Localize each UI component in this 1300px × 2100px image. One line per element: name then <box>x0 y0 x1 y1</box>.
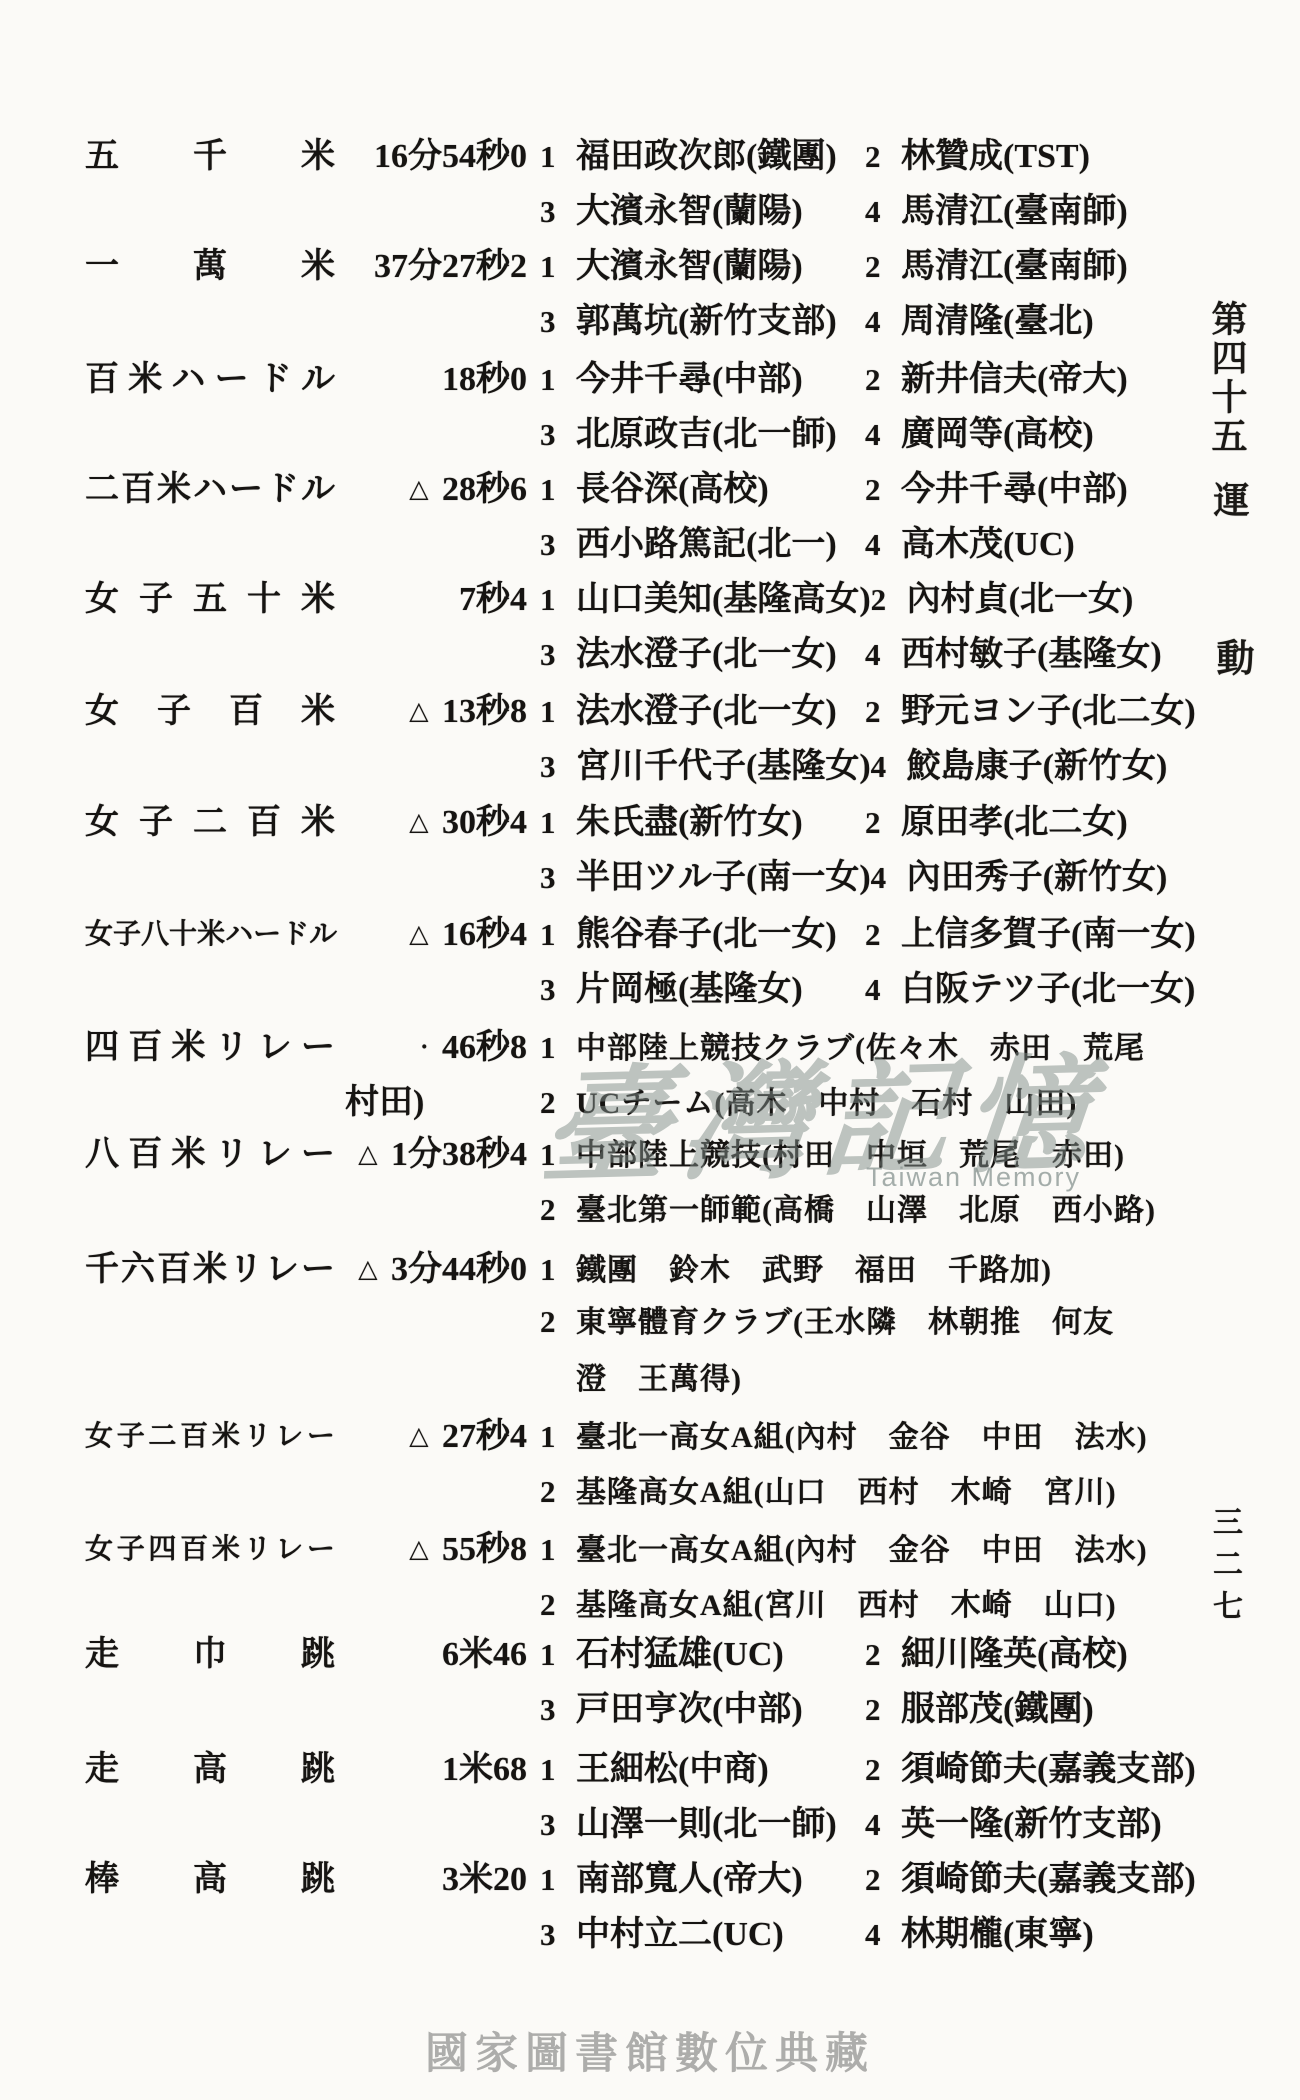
record-time: 37分27秒2 <box>374 248 527 285</box>
rank-number: 2 <box>865 1859 901 1901</box>
event-name-char: ー <box>307 1416 335 1458</box>
event-name-char: 米 <box>301 136 335 178</box>
event-row: 女子二百米 △ 30秒4 1朱氏盡(新竹女)2原田孝(北二女)3半田ツル子(南一… <box>0 802 1300 803</box>
event-record: 6米46 <box>345 1634 527 1679</box>
event-name-char: ー <box>301 1249 335 1291</box>
event-name-char: ド <box>281 914 309 956</box>
result-line: 3大濱永智(蘭陽)4馬清江(臺南師) <box>540 191 1128 233</box>
rank-number: 4 <box>865 634 901 676</box>
record-time: 13秒8 <box>442 693 527 730</box>
event-record: △ 28秒6 <box>345 469 527 514</box>
result-name: 法水澄子(北一女) <box>576 691 865 733</box>
event-name-char: 百 <box>128 1027 162 1069</box>
rank-number: 1 <box>540 359 576 401</box>
event-name-char: リ <box>215 1134 249 1176</box>
result-name: 熊谷春子(北一女) <box>576 914 865 956</box>
rank-number: 1 <box>540 469 576 511</box>
rank-number: 1 <box>540 136 576 178</box>
result-name: 石村猛雄(UC) <box>576 1634 865 1676</box>
rank-number: 2 <box>540 1471 576 1513</box>
result-name: 林期櫳(東寧) <box>901 1914 1094 1956</box>
event-name-char: 十 <box>169 914 197 956</box>
library-archive-watermark: 國家圖書館數位典藏 <box>0 2020 1300 2081</box>
result-line: 1王細松(中商)2須崎節夫(嘉義支部) <box>540 1749 1196 1791</box>
record-time: 1米68 <box>442 1751 527 1788</box>
rank-number: 2 <box>865 359 901 401</box>
event-name-char: リ <box>229 1249 263 1291</box>
result-name: 大濱永智(蘭陽) <box>576 246 865 288</box>
record-time: 28秒6 <box>442 471 527 508</box>
event-name-char: 二 <box>193 802 227 844</box>
event-name-char: ー <box>215 359 249 401</box>
event-record: 16分54秒0 <box>345 136 527 181</box>
result-line: 村田)2UCチーム(高木 中村 石村 山田) <box>345 1082 1077 1125</box>
result-name: 臺北第一師範(高橋 山澤 北原 西小路) <box>576 1190 1156 1232</box>
result-line: 1熊谷春子(北一女)2上信多賀子(南一女) <box>540 914 1196 956</box>
result-line: 3山澤一則(北一師)4英一隆(新竹支部) <box>540 1804 1162 1846</box>
rank-number: 3 <box>540 969 576 1011</box>
event-name-char: リ <box>244 1416 272 1458</box>
record-time: 27秒4 <box>442 1418 527 1455</box>
event-record: △ 13秒8 <box>345 691 527 736</box>
rank-number: 3 <box>540 634 576 676</box>
result-line: 2基隆高女A組(宮川 西村 木崎 山口) <box>540 1584 1117 1627</box>
result-line: 1中部陸上競技クラブ(佐々木 赤田 荒尾 <box>540 1027 1145 1070</box>
event-name-char: 十 <box>247 579 281 621</box>
event-row: 二百米ハードル △ 28秒6 1長谷深(高校)2今井千尋(中部)3西小路篤記(北… <box>0 469 1300 470</box>
event-name: 棒高跳 <box>85 1859 335 1901</box>
result-line: 1朱氏盡(新竹女)2原田孝(北二女) <box>540 802 1128 844</box>
event-record: △ 27秒4 <box>345 1416 527 1461</box>
event-name: 女子二百米 <box>85 802 335 844</box>
rank-number: 2 <box>865 246 901 288</box>
result-line: 1鐵團 鈴木 武野 福田 千路加) <box>540 1249 1052 1292</box>
event-name: 女子八十米ハードル <box>85 914 335 956</box>
event-row: 女子五十米 7秒4 1山口美知(基隆高女)2內村貞(北一女)3法水澄子(北一女)… <box>0 579 1300 580</box>
event-record: △ 30秒4 <box>345 802 527 847</box>
result-name: 基隆高女A組(山口 西村 木崎 宮川) <box>576 1472 1117 1514</box>
rank-number: 1 <box>540 914 576 956</box>
result-line: 2基隆高女A組(山口 西村 木崎 宮川) <box>540 1471 1117 1514</box>
event-name-char: 百 <box>121 469 155 511</box>
record-mark: △ <box>409 809 428 836</box>
result-name: 野元ヨン子(北二女) <box>901 691 1196 733</box>
event-name-char: 百 <box>85 359 119 401</box>
event-name-char: 女 <box>85 1416 113 1458</box>
event-name-char: 子 <box>117 1529 145 1571</box>
continuation-prefix: 村田) <box>345 1082 540 1124</box>
event-name-char: 走 <box>85 1634 119 1676</box>
result-name: 大濱永智(蘭陽) <box>576 191 865 233</box>
record-mark: △ <box>358 1141 377 1168</box>
rank-number: 4 <box>871 857 907 899</box>
rank-number: 3 <box>540 1689 576 1731</box>
event-name-char: 米 <box>301 691 335 733</box>
event-name-char: 女 <box>85 579 119 621</box>
rank-number: 3 <box>540 301 576 343</box>
record-time: 16分54秒0 <box>374 138 527 175</box>
result-name: 須崎節夫(嘉義支部) <box>901 1859 1196 1901</box>
event-name-char: 米 <box>301 579 335 621</box>
rank-number: 4 <box>865 191 901 233</box>
event-name-char: 女 <box>85 802 119 844</box>
event-name-char: ハ <box>171 359 205 401</box>
rank-number: 1 <box>540 1529 576 1571</box>
result-name: 臺北一高女A組(內村 金谷 中田 法水) <box>576 1417 1148 1459</box>
result-name: 片岡極(基隆女) <box>576 969 865 1011</box>
event-name-char: ル <box>301 359 335 401</box>
event-name-char: ル <box>309 914 337 956</box>
event-name-char: 米 <box>212 1416 240 1458</box>
event-name-char: 巾 <box>193 1634 227 1676</box>
record-time: 30秒4 <box>442 804 527 841</box>
result-line: 2東寧體育クラブ(王水隣 林朝推 何友 <box>540 1301 1114 1344</box>
event-name-char: 米 <box>193 1249 227 1291</box>
result-name: 基隆高女A組(宮川 西村 木崎 山口) <box>576 1585 1117 1627</box>
result-name: 戸田亨次(中部) <box>576 1689 865 1731</box>
result-name: 原田孝(北二女) <box>901 802 1128 844</box>
record-time: 55秒8 <box>442 1531 527 1568</box>
event-name-char: 一 <box>85 246 119 288</box>
scanned-document-page: 五千米 16分54秒0 1福田政次郎(鐵團)2林贊成(TST)3大濱永智(蘭陽)… <box>0 0 1300 2100</box>
record-mark: △ <box>409 921 428 948</box>
event-name: 二百米ハードル <box>85 469 335 511</box>
event-name-char: レ <box>275 1416 303 1458</box>
rank-number: 4 <box>865 1804 901 1846</box>
event-name-char: 米 <box>157 469 191 511</box>
event-name-char: 子 <box>139 802 173 844</box>
rank-number: 3 <box>540 746 576 788</box>
event-name-char: 女 <box>85 691 119 733</box>
record-time: 1分38秒4 <box>391 1136 527 1173</box>
event-record: △ 55秒8 <box>345 1529 527 1574</box>
rank-number: 1 <box>540 1027 576 1069</box>
rank-number: 1 <box>540 1634 576 1676</box>
record-mark: · <box>420 1034 428 1061</box>
event-name-char: 二 <box>148 1416 176 1458</box>
rank-number: 3 <box>540 414 576 456</box>
event-name-char: 千 <box>193 136 227 178</box>
record-mark: △ <box>409 1423 428 1450</box>
event-row: 百米ハードル 18秒0 1今井千尋(中部)2新井信夫(帝大)3北原政吉(北一師)… <box>0 359 1300 360</box>
result-name: 宮川千代子(基隆女) <box>576 746 871 788</box>
record-time: 7秒4 <box>459 581 527 618</box>
result-line: 3半田ツル子(南一女)4內田秀子(新竹女) <box>540 857 1167 899</box>
rank-number: 2 <box>871 579 907 621</box>
event-row: 女子八十米ハードル △ 16秒4 1熊谷春子(北一女)2上信多賀子(南一女)3片… <box>0 914 1300 915</box>
event-row: 千六百米リレー △ 3分44秒0 1鐵團 鈴木 武野 福田 千路加)2東寧體育ク… <box>0 1249 1300 1250</box>
event-name-char: 米 <box>128 359 162 401</box>
result-name: 廣岡等(高校) <box>901 414 1094 456</box>
result-name: 山澤一則(北一師) <box>576 1804 865 1846</box>
rank-number: 2 <box>865 1749 901 1791</box>
event-name-char: 跳 <box>301 1749 335 1791</box>
result-name: 西村敏子(基隆女) <box>901 634 1162 676</box>
rank-number: 4 <box>865 524 901 566</box>
result-line: 3法水澄子(北一女)4西村敏子(基隆女) <box>540 634 1162 676</box>
event-name-char: 百 <box>128 1134 162 1176</box>
result-name: 內村貞(北一女) <box>907 579 1134 621</box>
result-name: 南部寬人(帝大) <box>576 1859 865 1901</box>
event-name-char: 高 <box>193 1749 227 1791</box>
result-name: 高木茂(UC) <box>901 524 1075 566</box>
result-name: 馬清江(臺南師) <box>901 246 1128 288</box>
event-name-char: 四 <box>85 1027 119 1069</box>
event-record: 18秒0 <box>345 359 527 404</box>
rank-number: 1 <box>540 802 576 844</box>
rank-number: 1 <box>540 1416 576 1458</box>
record-time: 3米20 <box>442 1861 527 1898</box>
rank-number: 2 <box>540 1584 576 1626</box>
event-name-char: 跳 <box>301 1634 335 1676</box>
event-record: 37分27秒2 <box>345 246 527 291</box>
event-row: 走高跳 1米68 1王細松(中商)2須崎節夫(嘉義支部)3山澤一則(北一師)4英… <box>0 1749 1300 1750</box>
event-name-char: 棒 <box>85 1859 119 1901</box>
result-line: 3郭萬坑(新竹支部)4周清隆(臺北) <box>540 301 1094 343</box>
rank-number: 1 <box>540 1749 576 1791</box>
event-name-char: 米 <box>301 802 335 844</box>
event-row: 女子百米 △ 13秒8 1法水澄子(北一女)2野元ヨン子(北二女)3宮川千代子(… <box>0 691 1300 692</box>
event-name-char: 百 <box>229 691 263 733</box>
result-line: 1法水澄子(北一女)2野元ヨン子(北二女) <box>540 691 1196 733</box>
rank-number: 3 <box>540 524 576 566</box>
event-name-char: 米 <box>212 1529 240 1571</box>
event-name-char: 米 <box>301 246 335 288</box>
result-name: 林贊成(TST) <box>901 136 1090 178</box>
taiwan-memory-watermark-latin: Taiwan Memory <box>866 1162 1081 1193</box>
event-name-char: ド <box>258 359 292 401</box>
record-time: 6米46 <box>442 1636 527 1673</box>
margin-volume-label: 第四十五 <box>1202 300 1253 456</box>
record-mark: △ <box>409 698 428 725</box>
event-name-char: 子 <box>157 691 191 733</box>
rank-number: 2 <box>865 914 901 956</box>
result-name: 澄 王萬得) <box>576 1359 742 1401</box>
result-line: 3中村立二(UC)4林期櫳(東寧) <box>540 1914 1094 1956</box>
event-name-char: ー <box>307 1529 335 1571</box>
event-row: 五千米 16分54秒0 1福田政次郎(鐵團)2林贊成(TST)3大濱永智(蘭陽)… <box>0 136 1300 137</box>
event-name-char: 子 <box>113 914 141 956</box>
result-name: 周清隆(臺北) <box>901 301 1094 343</box>
event-name-char: 八 <box>85 1134 119 1176</box>
rank-number: 1 <box>540 1859 576 1901</box>
result-name: 王細松(中商) <box>576 1749 865 1791</box>
event-name-char: ー <box>253 914 281 956</box>
record-time: 3分44秒0 <box>391 1251 527 1288</box>
event-name-char: ル <box>301 469 335 511</box>
record-time: 46秒8 <box>442 1029 527 1066</box>
result-line: 3戸田亨次(中部)2服部茂(鐵團) <box>540 1689 1094 1731</box>
result-name: 服部茂(鐵團) <box>901 1689 1094 1731</box>
result-line: 1臺北一高女A組(內村 金谷 中田 法水) <box>540 1529 1148 1572</box>
record-mark: △ <box>409 476 428 503</box>
event-name: 女子五十米 <box>85 579 335 621</box>
event-record: 1米68 <box>345 1749 527 1794</box>
rank-number: 3 <box>540 191 576 233</box>
event-row: 一萬米 37分27秒2 1大濱永智(蘭陽)2馬清江(臺南師)3郭萬坑(新竹支部)… <box>0 246 1300 247</box>
rank-number: 1 <box>540 1134 576 1176</box>
event-name-char: 二 <box>85 469 119 511</box>
rank-number: 2 <box>865 1689 901 1731</box>
result-name: 中部陸上競技クラブ(佐々木 赤田 荒尾 <box>576 1028 1145 1070</box>
event-name-char: 子 <box>139 579 173 621</box>
result-line: 3片岡極(基隆女)4白阪テツ子(北一女) <box>540 969 1195 1011</box>
event-record: △ 16秒4 <box>345 914 527 959</box>
event-record: △ 1分38秒4 <box>345 1134 527 1179</box>
event-name-char: レ <box>258 1134 292 1176</box>
rank-number: 4 <box>865 301 901 343</box>
event-name-char: 四 <box>148 1529 176 1571</box>
rank-number: 3 <box>540 1914 576 1956</box>
result-line: 澄 王萬得) <box>540 1359 742 1401</box>
event-name-char: レ <box>258 1027 292 1069</box>
event-name-char: レ <box>275 1529 303 1571</box>
event-name: 一萬米 <box>85 246 335 288</box>
event-name: 四百米リレー <box>85 1027 335 1069</box>
result-line: 1山口美知(基隆高女)2內村貞(北一女) <box>540 579 1133 621</box>
event-record: △ 3分44秒0 <box>345 1249 527 1294</box>
event-name-char: 米 <box>197 914 225 956</box>
result-name: 臺北一高女A組(內村 金谷 中田 法水) <box>576 1530 1148 1572</box>
margin-label-char-2: 動 <box>1204 638 1259 676</box>
event-name-char: 米 <box>171 1027 205 1069</box>
rank-number: 4 <box>871 746 907 788</box>
result-name: 中村立二(UC) <box>576 1914 865 1956</box>
event-row: 棒高跳 3米20 1南部寬人(帝大)2須崎節夫(嘉義支部)3中村立二(UC)4林… <box>0 1859 1300 1860</box>
result-name: 細川隆英(高校) <box>901 1634 1128 1676</box>
result-name: UCチーム(高木 中村 石村 山田) <box>576 1083 1077 1125</box>
event-name-char: 八 <box>141 914 169 956</box>
result-name: 北原政吉(北一師) <box>576 414 865 456</box>
rank-number: 4 <box>865 1914 901 1956</box>
result-name: 朱氏盡(新竹女) <box>576 802 865 844</box>
rank-number: 2 <box>865 691 901 733</box>
event-record: 7秒4 <box>345 579 527 624</box>
event-name-char: ハ <box>225 914 253 956</box>
record-mark: △ <box>358 1256 377 1283</box>
event-name-char: 跳 <box>301 1859 335 1901</box>
event-name: 百米ハードル <box>85 359 335 401</box>
event-name: 女子四百米リレー <box>85 1529 335 1571</box>
result-name: 鐵團 鈴木 武野 福田 千路加) <box>576 1250 1052 1292</box>
result-line: 1南部寬人(帝大)2須崎節夫(嘉義支部) <box>540 1859 1196 1901</box>
result-line: 3西小路篤記(北一)4高木茂(UC) <box>540 524 1075 566</box>
result-name: 福田政次郎(鐵團) <box>576 136 865 178</box>
result-line: 2臺北第一師範(高橋 山澤 北原 西小路) <box>540 1189 1156 1232</box>
event-name-char: 百 <box>180 1416 208 1458</box>
rank-number: 2 <box>540 1082 576 1124</box>
record-time: 16秒4 <box>442 916 527 953</box>
event-name: 走巾跳 <box>85 1634 335 1676</box>
result-name: 郭萬坑(新竹支部) <box>576 301 865 343</box>
event-name-char: 六 <box>121 1249 155 1291</box>
record-mark: △ <box>409 1536 428 1563</box>
rank-number: 3 <box>540 857 576 899</box>
result-name: 馬清江(臺南師) <box>901 191 1128 233</box>
event-row: 女子二百米リレー △ 27秒4 1臺北一高女A組(內村 金谷 中田 法水)2基隆… <box>0 1416 1300 1417</box>
rank-number: 3 <box>540 1804 576 1846</box>
rank-number: 4 <box>865 414 901 456</box>
result-line: 1石村猛雄(UC)2細川隆英(高校) <box>540 1634 1128 1676</box>
event-name: 女子二百米リレー <box>85 1416 335 1458</box>
rank-number: 2 <box>865 802 901 844</box>
event-name-char: 百 <box>247 802 281 844</box>
result-line: 1臺北一高女A組(內村 金谷 中田 法水) <box>540 1416 1148 1459</box>
result-line: 3北原政吉(北一師)4廣岡等(高校) <box>540 414 1094 456</box>
event-name-char: 五 <box>85 136 119 178</box>
result-name: 鮫島康子(新竹女) <box>907 746 1168 788</box>
rank-number: 1 <box>540 579 576 621</box>
result-name: 長谷深(高校) <box>576 469 865 511</box>
rank-number: 1 <box>540 1249 576 1291</box>
event-name-char: 女 <box>85 914 113 956</box>
result-line: 1大濱永智(蘭陽)2馬清江(臺南師) <box>540 246 1128 288</box>
result-name: 法水澄子(北一女) <box>576 634 865 676</box>
event-name: 八百米リレー <box>85 1134 335 1176</box>
event-record: · 46秒8 <box>345 1027 527 1072</box>
result-name: 今井千尋(中部) <box>576 359 865 401</box>
event-name-char: 百 <box>157 1249 191 1291</box>
result-name: 須崎節夫(嘉義支部) <box>901 1749 1196 1791</box>
event-name-char: 米 <box>171 1134 205 1176</box>
event-name: 女子百米 <box>85 691 335 733</box>
event-name-char: 五 <box>193 579 227 621</box>
event-name-char: 走 <box>85 1749 119 1791</box>
result-name: 新井信夫(帝大) <box>901 359 1128 401</box>
rank-number: 1 <box>540 246 576 288</box>
event-name: 五千米 <box>85 136 335 178</box>
rank-number: 2 <box>540 1189 576 1231</box>
event-name-char: リ <box>215 1027 249 1069</box>
result-line: 3宮川千代子(基隆女)4鮫島康子(新竹女) <box>540 746 1167 788</box>
result-line: 1今井千尋(中部)2新井信夫(帝大) <box>540 359 1128 401</box>
rank-number: 4 <box>865 969 901 1011</box>
result-line: 1長谷深(高校)2今井千尋(中部) <box>540 469 1128 511</box>
result-name: 東寧體育クラブ(王水隣 林朝推 何友 <box>576 1302 1114 1344</box>
result-name: 英一隆(新竹支部) <box>901 1804 1162 1846</box>
result-name: 今井千尋(中部) <box>901 469 1128 511</box>
event-record: 3米20 <box>345 1859 527 1904</box>
event-name-char: ー <box>229 469 263 511</box>
event-name-char: 萬 <box>193 246 227 288</box>
event-row: 女子四百米リレー △ 55秒8 1臺北一高女A組(內村 金谷 中田 法水)2基隆… <box>0 1529 1300 1530</box>
event-name: 走高跳 <box>85 1749 335 1791</box>
record-time: 18秒0 <box>442 361 527 398</box>
event-row: 四百米リレー · 46秒8 1中部陸上競技クラブ(佐々木 赤田 荒尾村田)2UC… <box>0 1027 1300 1028</box>
result-name: 西小路篤記(北一) <box>576 524 865 566</box>
event-name-char: 高 <box>193 1859 227 1901</box>
rank-number: 2 <box>540 1301 576 1343</box>
result-line: 1福田政次郎(鐵團)2林贊成(TST) <box>540 136 1090 178</box>
event-name-char: ー <box>301 1027 335 1069</box>
event-name-char: 千 <box>85 1249 119 1291</box>
event-row: 八百米リレー △ 1分38秒4 1中部陸上競技(村田 中垣 荒尾 赤田)2臺北第… <box>0 1134 1300 1135</box>
event-name-char: ハ <box>193 469 227 511</box>
rank-number: 1 <box>540 691 576 733</box>
event-name-char: 女 <box>85 1529 113 1571</box>
event-row: 走巾跳 6米46 1石村猛雄(UC)2細川隆英(高校)3戸田亨次(中部)2服部茂… <box>0 1634 1300 1635</box>
rank-number: 2 <box>865 469 901 511</box>
rank-number: 2 <box>865 136 901 178</box>
event-name-char: ド <box>265 469 299 511</box>
event-name-char: リ <box>244 1529 272 1571</box>
event-name-char: ー <box>301 1134 335 1176</box>
event-name: 千六百米リレー <box>85 1249 335 1291</box>
result-name: 山口美知(基隆高女) <box>576 579 871 621</box>
result-name: 白阪テツ子(北一女) <box>901 969 1195 1011</box>
margin-label-char-1: 運 <box>1204 481 1255 517</box>
result-name: 內田秀子(新竹女) <box>907 857 1168 899</box>
